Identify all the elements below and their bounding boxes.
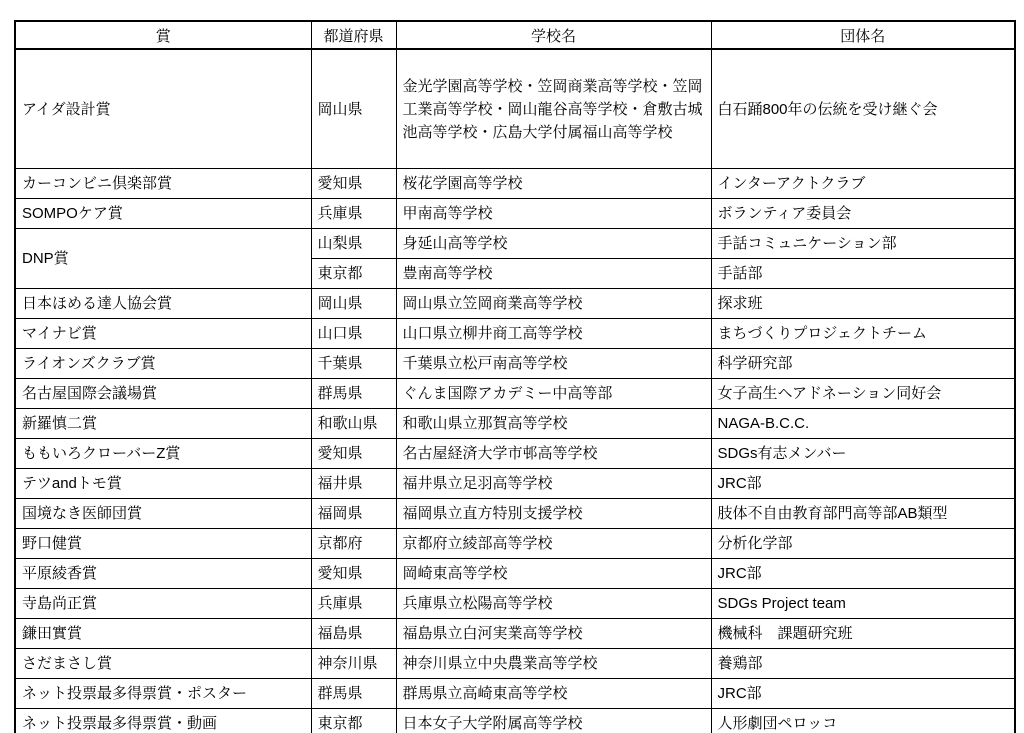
- table-row: 日本ほめる達人協会賞 岡山県 岡山県立笠岡商業高等学校 探求班: [15, 289, 1015, 319]
- cell-school: 豊南高等学校: [396, 259, 711, 289]
- cell-prefecture: 和歌山県: [311, 409, 396, 439]
- cell-group: 人形劇団ペロッコ: [711, 709, 1015, 733]
- cell-award: ももいろクローバーZ賞: [15, 439, 311, 469]
- cell-group: 白石踊800年の伝統を受け継ぐ会: [711, 49, 1015, 169]
- table-row: 寺島尚正賞 兵庫県 兵庫県立松陽高等学校 SDGs Project team: [15, 589, 1015, 619]
- cell-award: 鎌田實賞: [15, 619, 311, 649]
- table-row: ももいろクローバーZ賞 愛知県 名古屋経済大学市邨高等学校 SDGs有志メンバー: [15, 439, 1015, 469]
- cell-school: 神奈川県立中央農業高等学校: [396, 649, 711, 679]
- cell-prefecture: 東京都: [311, 709, 396, 733]
- table-header-row: 賞 都道府県 学校名 団体名: [15, 21, 1015, 49]
- cell-award: ネット投票最多得票賞・動画: [15, 709, 311, 733]
- table-row: 鎌田實賞 福島県 福島県立白河実業高等学校 機械科 課題研究班: [15, 619, 1015, 649]
- table-row: 名古屋国際会議場賞 群馬県 ぐんま国際アカデミー中高等部 女子高生ヘアドネーショ…: [15, 379, 1015, 409]
- table-row: DNP賞 山梨県 身延山高等学校 手話コミュニケーション部: [15, 229, 1015, 259]
- table-row: 新羅慎二賞 和歌山県 和歌山県立那賀高等学校 NAGA-B.C.C.: [15, 409, 1015, 439]
- cell-prefecture: 兵庫県: [311, 199, 396, 229]
- cell-prefecture: 福岡県: [311, 499, 396, 529]
- cell-school: 日本女子大学附属高等学校: [396, 709, 711, 733]
- awards-table: 賞 都道府県 学校名 団体名 アイダ設計賞 岡山県 金光学園高等学校・笠岡商業高…: [14, 20, 1016, 733]
- document-page: 賞 都道府県 学校名 団体名 アイダ設計賞 岡山県 金光学園高等学校・笠岡商業高…: [0, 0, 1024, 733]
- cell-group: 機械科 課題研究班: [711, 619, 1015, 649]
- cell-school: 千葉県立松戸南高等学校: [396, 349, 711, 379]
- cell-school: 福岡県立直方特別支援学校: [396, 499, 711, 529]
- cell-school: 和歌山県立那賀高等学校: [396, 409, 711, 439]
- table-row: テツandトモ賞 福井県 福井県立足羽高等学校 JRC部: [15, 469, 1015, 499]
- cell-award: 寺島尚正賞: [15, 589, 311, 619]
- cell-school: 身延山高等学校: [396, 229, 711, 259]
- cell-prefecture: 群馬県: [311, 379, 396, 409]
- cell-school: 山口県立柳井商工高等学校: [396, 319, 711, 349]
- cell-award: ネット投票最多得票賞・ポスター: [15, 679, 311, 709]
- cell-group: 肢体不自由教育部門高等部AB類型: [711, 499, 1015, 529]
- cell-prefecture: 京都府: [311, 529, 396, 559]
- cell-group: NAGA-B.C.C.: [711, 409, 1015, 439]
- cell-school: ぐんま国際アカデミー中高等部: [396, 379, 711, 409]
- cell-prefecture: 岡山県: [311, 289, 396, 319]
- cell-prefecture: 福島県: [311, 619, 396, 649]
- table-row: カーコンビニ倶楽部賞 愛知県 桜花学園高等学校 インターアクトクラブ: [15, 169, 1015, 199]
- cell-school: 名古屋経済大学市邨高等学校: [396, 439, 711, 469]
- cell-award: カーコンビニ倶楽部賞: [15, 169, 311, 199]
- cell-award: 新羅慎二賞: [15, 409, 311, 439]
- cell-group: 手話部: [711, 259, 1015, 289]
- cell-award: 野口健賞: [15, 529, 311, 559]
- column-header-group: 団体名: [711, 21, 1015, 49]
- cell-group: 女子高生ヘアドネーション同好会: [711, 379, 1015, 409]
- cell-group: JRC部: [711, 679, 1015, 709]
- cell-group: ボランティア委員会: [711, 199, 1015, 229]
- cell-group: SDGs Project team: [711, 589, 1015, 619]
- cell-prefecture: 兵庫県: [311, 589, 396, 619]
- cell-award-merged: DNP賞: [15, 229, 311, 289]
- cell-group: JRC部: [711, 469, 1015, 499]
- cell-prefecture: 山梨県: [311, 229, 396, 259]
- cell-school: 福井県立足羽高等学校: [396, 469, 711, 499]
- cell-school: 岡崎東高等学校: [396, 559, 711, 589]
- cell-school: 岡山県立笠岡商業高等学校: [396, 289, 711, 319]
- cell-group: JRC部: [711, 559, 1015, 589]
- cell-group: まちづくりプロジェクトチーム: [711, 319, 1015, 349]
- table-row: さだまさし賞 神奈川県 神奈川県立中央農業高等学校 養鶏部: [15, 649, 1015, 679]
- cell-prefecture: 東京都: [311, 259, 396, 289]
- cell-prefecture: 山口県: [311, 319, 396, 349]
- table-row: 国境なき医師団賞 福岡県 福岡県立直方特別支援学校 肢体不自由教育部門高等部AB…: [15, 499, 1015, 529]
- cell-group: 探求班: [711, 289, 1015, 319]
- cell-group: 分析化学部: [711, 529, 1015, 559]
- cell-school: 甲南高等学校: [396, 199, 711, 229]
- table-row: ライオンズクラブ賞 千葉県 千葉県立松戸南高等学校 科学研究部: [15, 349, 1015, 379]
- cell-group: 科学研究部: [711, 349, 1015, 379]
- table-row: 野口健賞 京都府 京都府立綾部高等学校 分析化学部: [15, 529, 1015, 559]
- cell-award: SOMPOケア賞: [15, 199, 311, 229]
- cell-prefecture: 愛知県: [311, 559, 396, 589]
- table-row: アイダ設計賞 岡山県 金光学園高等学校・笠岡商業高等学校・笠岡工業高等学校・岡山…: [15, 49, 1015, 169]
- cell-school: 群馬県立高崎東高等学校: [396, 679, 711, 709]
- column-header-award: 賞: [15, 21, 311, 49]
- cell-award: テツandトモ賞: [15, 469, 311, 499]
- cell-school: 福島県立白河実業高等学校: [396, 619, 711, 649]
- cell-award: ライオンズクラブ賞: [15, 349, 311, 379]
- cell-prefecture: 神奈川県: [311, 649, 396, 679]
- cell-award: アイダ設計賞: [15, 49, 311, 169]
- cell-prefecture: 愛知県: [311, 439, 396, 469]
- table-row: ネット投票最多得票賞・動画 東京都 日本女子大学附属高等学校 人形劇団ペロッコ: [15, 709, 1015, 733]
- cell-award: 名古屋国際会議場賞: [15, 379, 311, 409]
- table-row: 平原綾香賞 愛知県 岡崎東高等学校 JRC部: [15, 559, 1015, 589]
- table-row: SOMPOケア賞 兵庫県 甲南高等学校 ボランティア委員会: [15, 199, 1015, 229]
- cell-award: 国境なき医師団賞: [15, 499, 311, 529]
- cell-prefecture: 岡山県: [311, 49, 396, 169]
- cell-group: インターアクトクラブ: [711, 169, 1015, 199]
- cell-group: 養鶏部: [711, 649, 1015, 679]
- cell-prefecture: 千葉県: [311, 349, 396, 379]
- table-row: ネット投票最多得票賞・ポスター 群馬県 群馬県立高崎東高等学校 JRC部: [15, 679, 1015, 709]
- cell-school: 京都府立綾部高等学校: [396, 529, 711, 559]
- table-row: マイナビ賞 山口県 山口県立柳井商工高等学校 まちづくりプロジェクトチーム: [15, 319, 1015, 349]
- cell-prefecture: 福井県: [311, 469, 396, 499]
- cell-school: 兵庫県立松陽高等学校: [396, 589, 711, 619]
- cell-prefecture: 群馬県: [311, 679, 396, 709]
- cell-award: 日本ほめる達人協会賞: [15, 289, 311, 319]
- cell-school: 桜花学園高等学校: [396, 169, 711, 199]
- cell-prefecture: 愛知県: [311, 169, 396, 199]
- cell-award: マイナビ賞: [15, 319, 311, 349]
- column-header-prefecture: 都道府県: [311, 21, 396, 49]
- cell-school: 金光学園高等学校・笠岡商業高等学校・笠岡工業高等学校・岡山龍谷高等学校・倉敷古城…: [396, 49, 711, 169]
- column-header-school: 学校名: [396, 21, 711, 49]
- cell-award: 平原綾香賞: [15, 559, 311, 589]
- cell-award: さだまさし賞: [15, 649, 311, 679]
- cell-group: 手話コミュニケーション部: [711, 229, 1015, 259]
- cell-group: SDGs有志メンバー: [711, 439, 1015, 469]
